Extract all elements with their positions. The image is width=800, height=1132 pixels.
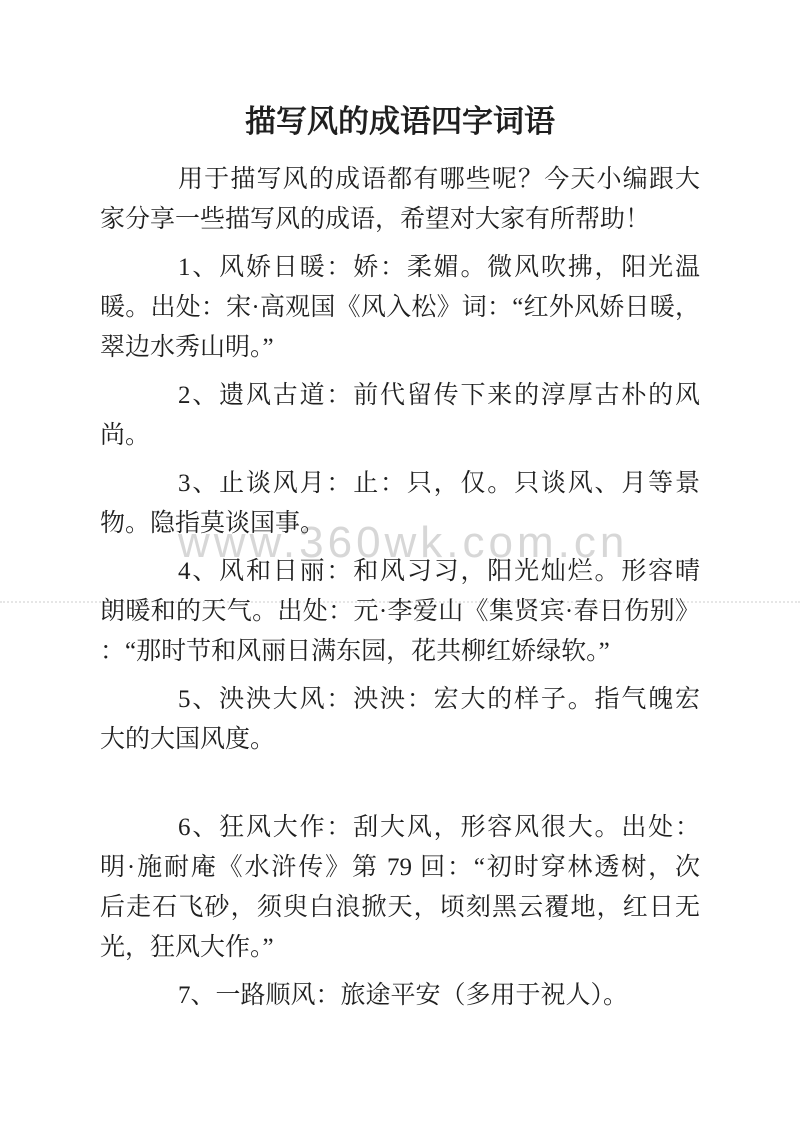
text-line: 物。隐指莫谈国事。 [100,504,700,544]
text-line: 翠边水秀山明。” [100,328,700,368]
text-line: ：“那时节和风丽日满东园，花共柳红娇绿软。” [100,632,700,672]
idiom-4-feng-he-ri-li: 4、风和日丽：和风习习，阳光灿烂。形容晴朗暖和的天气。出处：元·李爱山《集贤宾·… [100,552,700,672]
text-line: 明·施耐庵《水浒传》第 79 回：“初时穿林透树，次 [100,848,700,888]
text-line: 用于描写风的成语都有哪些呢？今天小编跟大 [100,160,700,200]
text-line: 5、泱泱大风：泱泱：宏大的样子。指气魄宏 [100,680,700,720]
text-line: 6、狂风大作：刮大风，形容风很大。出处： [100,808,700,848]
text-line: 3、止谈风月：止：只，仅。只谈风、月等景 [100,464,700,504]
text-line: 1、风娇日暖：娇：柔媚。微风吹拂，阳光温 [100,248,700,288]
intro-paragraph: 用于描写风的成语都有哪些呢？今天小编跟大家分享一些描写风的成语，希望对大家有所帮… [100,160,700,240]
text-line: 朗暖和的天气。出处：元·李爱山《集贤宾·春日伤别》 [100,592,700,632]
text-line: 4、风和日丽：和风习习，阳光灿烂。形容晴 [100,552,700,592]
text-line: 尚。 [100,416,700,456]
page-title: 描写风的成语四字词语 [0,96,800,141]
text-line: 7、一路顺风：旅途平安（多用于祝人）。 [100,976,700,1016]
text-line: 家分享一些描写风的成语，希望对大家有所帮助！ [100,200,700,240]
document-body: 用于描写风的成语都有哪些呢？今天小编跟大家分享一些描写风的成语，希望对大家有所帮… [100,160,700,1024]
idiom-6-kuang-feng-da-zuo: 6、狂风大作：刮大风，形容风很大。出处：明·施耐庵《水浒传》第 79 回：“初时… [100,808,700,968]
text-line: 大的大国风度。 [100,720,700,760]
idiom-2-yi-feng-gu-dao: 2、遗风古道：前代留传下来的淳厚古朴的风尚。 [100,376,700,456]
idiom-7-yi-lu-shun-feng: 7、一路顺风：旅途平安（多用于祝人）。 [100,976,700,1016]
document-page: www.360wk.com.cn 描写风的成语四字词语 用于描写风的成语都有哪些… [0,0,800,1132]
idiom-3-zhi-tan-feng-yue: 3、止谈风月：止：只，仅。只谈风、月等景物。隐指莫谈国事。 [100,464,700,544]
idiom-5-yang-yang-da-feng: 5、泱泱大风：泱泱：宏大的样子。指气魄宏大的大国风度。 [100,680,700,760]
idiom-1-feng-jiao-ri-nuan: 1、风娇日暖：娇：柔媚。微风吹拂，阳光温暖。出处：宋·高观国《风入松》词：“红外… [100,248,700,368]
text-line: 光，狂风大作。” [100,928,700,968]
text-line: 后走石飞砂，须臾白浪掀天，顷刻黑云覆地，红日无 [100,888,700,928]
text-line: 2、遗风古道：前代留传下来的淳厚古朴的风 [100,376,700,416]
text-line: 暖。出处：宋·高观国《风入松》词：“红外风娇日暖， [100,288,700,328]
